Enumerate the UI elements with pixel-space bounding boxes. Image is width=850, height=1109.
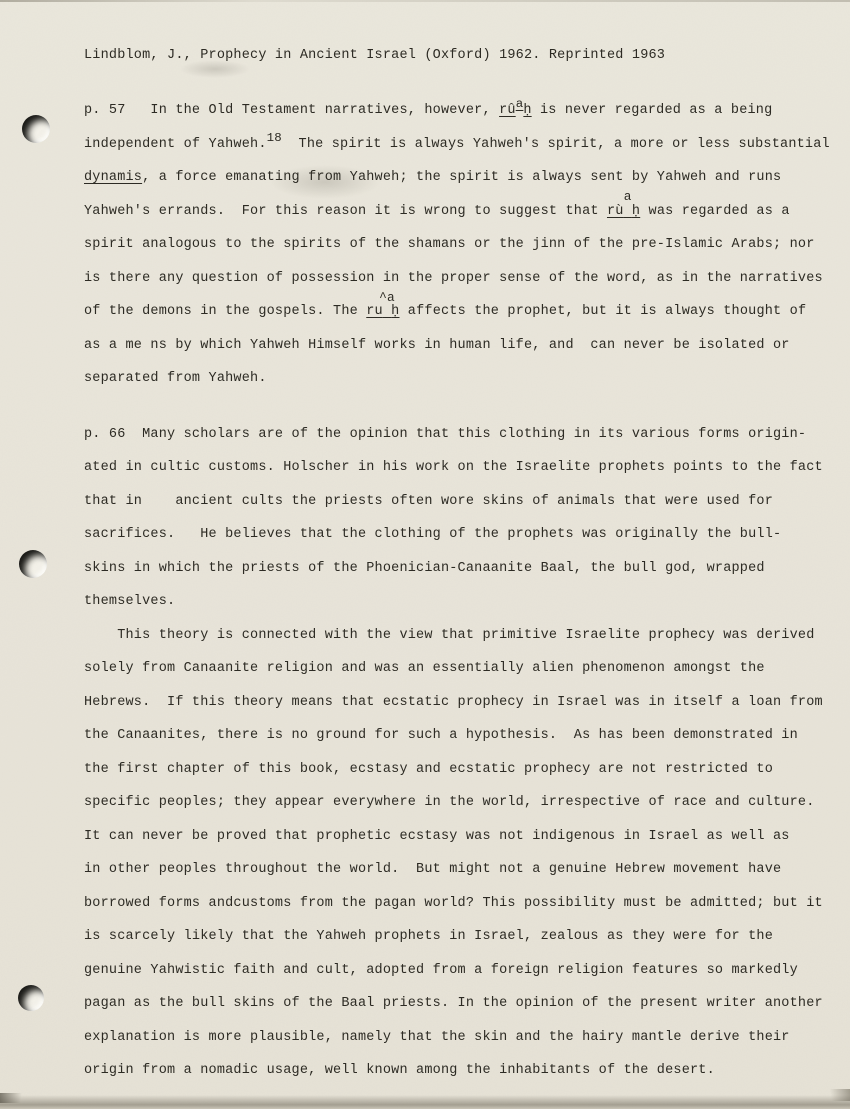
scan-edge-mark (0, 1093, 26, 1103)
text-line: the Canaanites, there is no ground for s… (84, 719, 846, 753)
page-bottom-shadow (0, 1095, 850, 1109)
text-line: borrowed forms andcustoms from the pagan… (84, 887, 846, 921)
text-line: the first chapter of this book, ecstasy … (84, 753, 846, 787)
text-line: This theory is connected with the view t… (84, 619, 846, 653)
excerpt-p66-continuation: This theory is connected with the view t… (84, 619, 846, 1088)
scan-edge-mark (828, 1089, 850, 1101)
text-line: themselves. (84, 585, 846, 619)
document-content: Lindblom, J., Prophecy in Ancient Israel… (84, 0, 846, 1088)
text-line: separated from Yahweh. (84, 362, 846, 396)
text-line: spirit analogous to the spirits of the s… (84, 228, 846, 262)
text-line: sacrifices. He believes that the clothin… (84, 518, 846, 552)
scanned-document-page: Lindblom, J., Prophecy in Ancient Israel… (0, 0, 850, 1109)
text-line: skins in which the priests of the Phoeni… (84, 552, 846, 586)
punch-hole-icon (19, 550, 47, 578)
citation-header: Lindblom, J., Prophecy in Ancient Israel… (84, 46, 846, 66)
text-line: is scarcely likely that the Yahweh proph… (84, 920, 846, 954)
text-line: p. 66 Many scholars are of the opinion t… (84, 418, 846, 452)
text-line: is there any question of possession in t… (84, 262, 846, 296)
text-line: dynamis, a force emanating from Yahweh; … (84, 161, 846, 195)
text-line: of the demons in the gospels. The ru ^aḥ… (84, 295, 846, 329)
text-line: genuine Yahwistic faith and cult, adopte… (84, 954, 846, 988)
text-line: that in ancient cults the priests often … (84, 485, 846, 519)
text-line: pagan as the bull skins of the Baal prie… (84, 987, 846, 1021)
excerpt-p66: p. 66 Many scholars are of the opinion t… (84, 418, 846, 619)
raised-character: ^a (379, 292, 395, 305)
text-line: specific peoples; they appear everywhere… (84, 786, 846, 820)
text-line: Hebrews. If this theory means that ecsta… (84, 686, 846, 720)
text-line: origin from a nomadic usage, well known … (84, 1054, 846, 1088)
text-line: It can never be proved that prophetic ec… (84, 820, 846, 854)
punch-hole-icon (22, 115, 50, 143)
raised-character: a (624, 191, 632, 204)
text-line: ated in cultic customs. Holscher in his … (84, 451, 846, 485)
text-line: solely from Canaanite religion and was a… (84, 652, 846, 686)
text-line: Yahweh's errands. For this reason it is … (84, 195, 846, 229)
excerpt-p57: p. 57 In the Old Testament narratives, h… (84, 94, 846, 396)
text-line: as a me ns by which Yahweh Himself works… (84, 329, 846, 363)
punch-hole-icon (18, 985, 44, 1011)
text-line: independent of Yahweh.18 The spirit is a… (84, 128, 846, 162)
document-body: p. 57 In the Old Testament narratives, h… (84, 94, 846, 1088)
text-line: in other peoples throughout the world. B… (84, 853, 846, 887)
text-line: p. 57 In the Old Testament narratives, h… (84, 94, 846, 128)
text-line: explanation is more plausible, namely th… (84, 1021, 846, 1055)
